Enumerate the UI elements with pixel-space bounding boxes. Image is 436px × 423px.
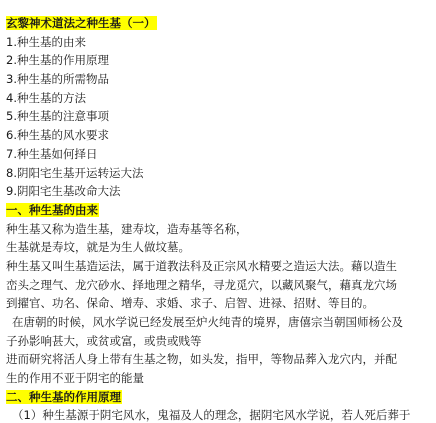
paragraph-line: 到擢官、功名、保命、增寿、求婚、求子、启智、进禄、招财、等目的。 bbox=[6, 294, 436, 313]
toc-item: 3.种生基的所需物品 bbox=[6, 70, 436, 89]
toc-item: 6.种生基的风水要求 bbox=[6, 126, 436, 145]
document-title-line: 玄黎神术道法之种生基（一） bbox=[6, 14, 436, 33]
paragraph-line: （1）种生基源于阴宅风水，鬼福及人的理念，据阴宅风水学说，若人死后葬于 bbox=[6, 406, 436, 423]
section-heading-line: 二、种生基的作用原理 bbox=[6, 388, 436, 407]
toc-item: 9.阴阳宅生基改命大法 bbox=[6, 182, 436, 201]
paragraph-line: 子孙影响甚大，或贫或富，或贵或贱等 bbox=[6, 332, 436, 351]
paragraph-line: 生基就是寿坟，就是为生人做坟墓。 bbox=[6, 238, 436, 257]
document-body: 玄黎神术道法之种生基（一） 1.种生基的由来 2.种生基的作用原理 3.种生基的… bbox=[6, 14, 436, 423]
toc-item: 4.种生基的方法 bbox=[6, 89, 436, 108]
paragraph-line: 进而研究将活人身上带有生基之物，如头发，指甲，等物品葬入龙穴内，并配 bbox=[6, 350, 436, 369]
paragraph-line: 在唐朝的时候，风水学说已经发展至炉火纯青的境界，唐僖宗当朝国师杨公及 bbox=[6, 313, 436, 332]
toc-item: 7.种生基如何择日 bbox=[6, 145, 436, 164]
document-title: 玄黎神术道法之种生基（一） bbox=[6, 16, 157, 30]
section-heading: 一、种生基的由来 bbox=[6, 203, 99, 217]
section-heading: 二、种生基的作用原理 bbox=[6, 390, 122, 404]
section-heading-line: 一、种生基的由来 bbox=[6, 201, 436, 220]
paragraph-line: 种生基又叫生基造运法，属于道教法科及正宗风水精要之造运大法。藉以造生 bbox=[6, 257, 436, 276]
toc-item: 2.种生基的作用原理 bbox=[6, 51, 436, 70]
toc-item: 5.种生基的注意事项 bbox=[6, 107, 436, 126]
paragraph-line: 种生基又称为造生基，建寿坟，造寿基等名称， bbox=[6, 220, 436, 239]
toc-item: 8.阴阳宅生基开运转运大法 bbox=[6, 164, 436, 183]
toc-item: 1.种生基的由来 bbox=[6, 33, 436, 52]
paragraph-line: 峦头之理气、龙穴砂水、择地理之精华，寻龙觅穴，以藏风聚气，藉真龙穴场 bbox=[6, 276, 436, 295]
paragraph-line: 生的作用不亚于阴宅的能量 bbox=[6, 369, 436, 388]
